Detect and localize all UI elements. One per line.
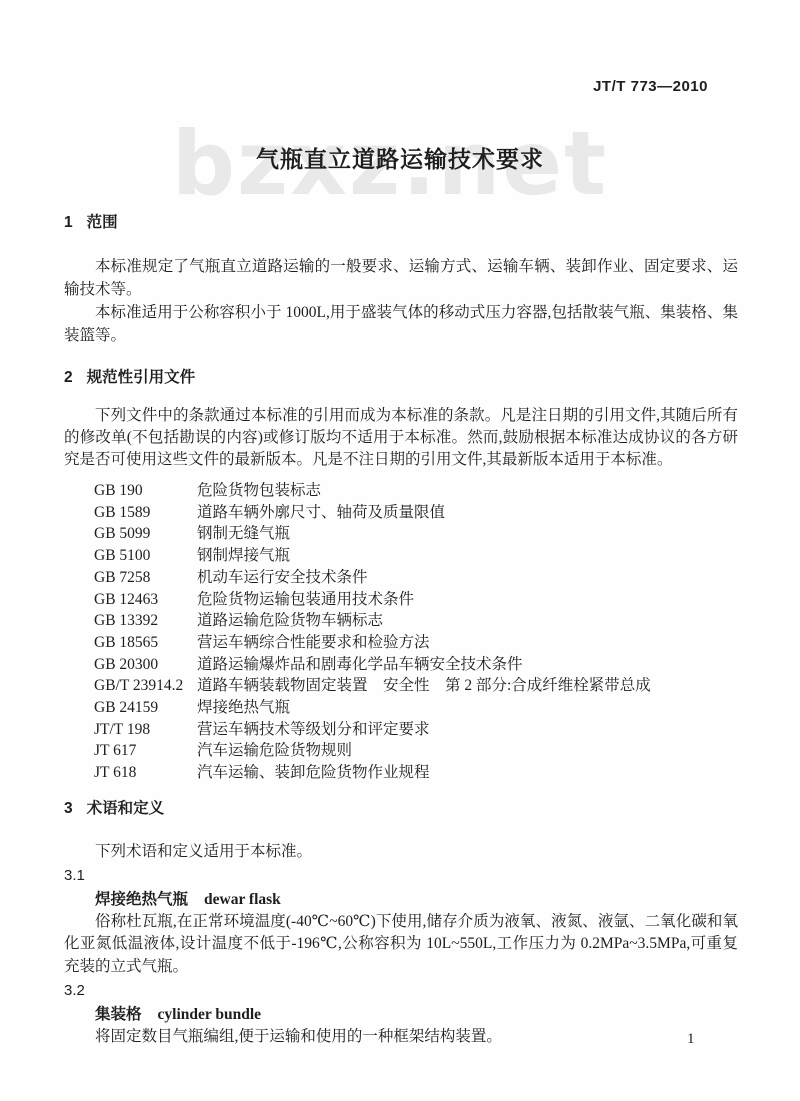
section2-intro: 下列文件中的条款通过本标准的引用而成为本标准的条款。凡是注日期的引用文件,其随后… — [64, 405, 738, 471]
reference-title: 汽车运输危险货物规则 — [197, 740, 738, 762]
reference-title: 危险货物运输包装通用技术条件 — [197, 589, 738, 611]
reference-code: GB/T 23914.2 — [94, 675, 197, 697]
document-body: 1范围 本标准规定了气瓶直立道路运输的一般要求、运输方式、运输车辆、装卸作业、固… — [64, 200, 738, 1049]
section3-intro: 下列术语和定义适用于本标准。 — [64, 840, 738, 863]
reference-title: 危险货物包装标志 — [197, 480, 738, 502]
reference-row: GB 24159 焊接绝热气瓶 — [94, 697, 738, 719]
reference-code: GB 5100 — [94, 545, 197, 567]
reference-code: JT 618 — [94, 762, 197, 784]
reference-title: 道路车辆外廓尺寸、轴荷及质量限值 — [197, 502, 738, 524]
reference-row: JT/T 198 营运车辆技术等级划分和评定要求 — [94, 719, 738, 741]
reference-row: GB 190 危险货物包装标志 — [94, 480, 738, 502]
section3-title: 术语和定义 — [87, 800, 165, 817]
section3-heading: 3术语和定义 — [64, 798, 738, 819]
term-en-3-1: dewar flask — [204, 891, 281, 908]
reference-title: 营运车辆综合性能要求和检验方法 — [197, 632, 738, 654]
reference-title: 钢制无缝气瓶 — [197, 523, 738, 545]
section1-title: 范围 — [87, 214, 118, 231]
reference-code: GB 1589 — [94, 502, 197, 524]
term-definition-3-2: 将固定数目气瓶编组,便于运输和使用的一种框架结构装置。 — [64, 1026, 738, 1049]
section3-number: 3 — [64, 800, 73, 817]
reference-list: GB 190 危险货物包装标志 GB 1589 道路车辆外廓尺寸、轴荷及质量限值… — [94, 480, 738, 784]
reference-title: 道路车辆装载物固定装置 安全性 第 2 部分:合成纤维栓紧带总成 — [197, 675, 738, 697]
reference-row: GB/T 23914.2 道路车辆装载物固定装置 安全性 第 2 部分:合成纤维… — [94, 675, 738, 697]
term-en-3-2: cylinder bundle — [158, 1006, 262, 1023]
reference-code: GB 24159 — [94, 697, 197, 719]
reference-row: GB 18565 营运车辆综合性能要求和检验方法 — [94, 632, 738, 654]
section2-heading: 2规范性引用文件 — [64, 367, 738, 388]
reference-row: GB 12463 危险货物运输包装通用技术条件 — [94, 589, 738, 611]
reference-code: GB 190 — [94, 480, 197, 502]
page-number: 1 — [687, 1031, 695, 1048]
reference-title: 道路运输危险货物车辆标志 — [197, 610, 738, 632]
reference-row: GB 13392 道路运输危险货物车辆标志 — [94, 610, 738, 632]
document-title: 气瓶直立道路运输技术要求 — [0, 141, 800, 174]
term-cn-3-2: 集装格 — [95, 1006, 142, 1023]
reference-title: 机动车运行安全技术条件 — [197, 567, 738, 589]
section1-number: 1 — [64, 214, 73, 231]
reference-title: 钢制焊接气瓶 — [197, 545, 738, 567]
reference-row: GB 1589 道路车辆外廓尺寸、轴荷及质量限值 — [94, 502, 738, 524]
section1-paragraph-2: 本标准适用于公称容积小于 1000L,用于盛装气体的移动式压力容器,包括散装气瓶… — [64, 301, 738, 347]
reference-code: GB 12463 — [94, 589, 197, 611]
reference-title: 汽车运输、装卸危险货物作业规程 — [197, 762, 738, 784]
section2-number: 2 — [64, 369, 73, 386]
reference-title: 焊接绝热气瓶 — [197, 697, 738, 719]
reference-row: GB 7258 机动车运行安全技术条件 — [94, 567, 738, 589]
term-number-3-1: 3.1 — [64, 864, 738, 887]
reference-code: GB 7258 — [94, 567, 197, 589]
reference-code: GB 20300 — [94, 654, 197, 676]
section2-title: 规范性引用文件 — [87, 369, 196, 386]
section1-paragraph-1: 本标准规定了气瓶直立道路运输的一般要求、运输方式、运输车辆、装卸作业、固定要求、… — [64, 255, 738, 301]
reference-title: 道路运输爆炸品和剧毒化学品车辆安全技术条件 — [197, 654, 738, 676]
reference-code: GB 5099 — [94, 523, 197, 545]
reference-row: GB 20300 道路运输爆炸品和剧毒化学品车辆安全技术条件 — [94, 654, 738, 676]
section1-heading: 1范围 — [64, 212, 738, 233]
reference-code: JT 617 — [94, 740, 197, 762]
standard-number-header: JT/T 773—2010 — [593, 78, 708, 95]
reference-code: GB 13392 — [94, 610, 197, 632]
reference-row: GB 5099 钢制无缝气瓶 — [94, 523, 738, 545]
document-page: bzxz.net JT/T 773—2010 气瓶直立道路运输技术要求 1范围 … — [0, 0, 800, 1101]
reference-title: 营运车辆技术等级划分和评定要求 — [197, 719, 738, 741]
reference-row: JT 617 汽车运输危险货物规则 — [94, 740, 738, 762]
term-name-3-1: 焊接绝热气瓶dewar flask — [64, 888, 738, 911]
term-cn-3-1: 焊接绝热气瓶 — [95, 891, 188, 908]
reference-code: JT/T 198 — [94, 719, 197, 741]
reference-row: JT 618 汽车运输、装卸危险货物作业规程 — [94, 762, 738, 784]
term-definition-3-1: 俗称杜瓦瓶,在正常环境温度(-40℃~60℃)下使用,储存介质为液氧、液氮、液氩… — [64, 911, 738, 979]
reference-code: GB 18565 — [94, 632, 197, 654]
term-name-3-2: 集装格cylinder bundle — [64, 1003, 738, 1026]
reference-row: GB 5100 钢制焊接气瓶 — [94, 545, 738, 567]
term-number-3-2: 3.2 — [64, 979, 738, 1002]
